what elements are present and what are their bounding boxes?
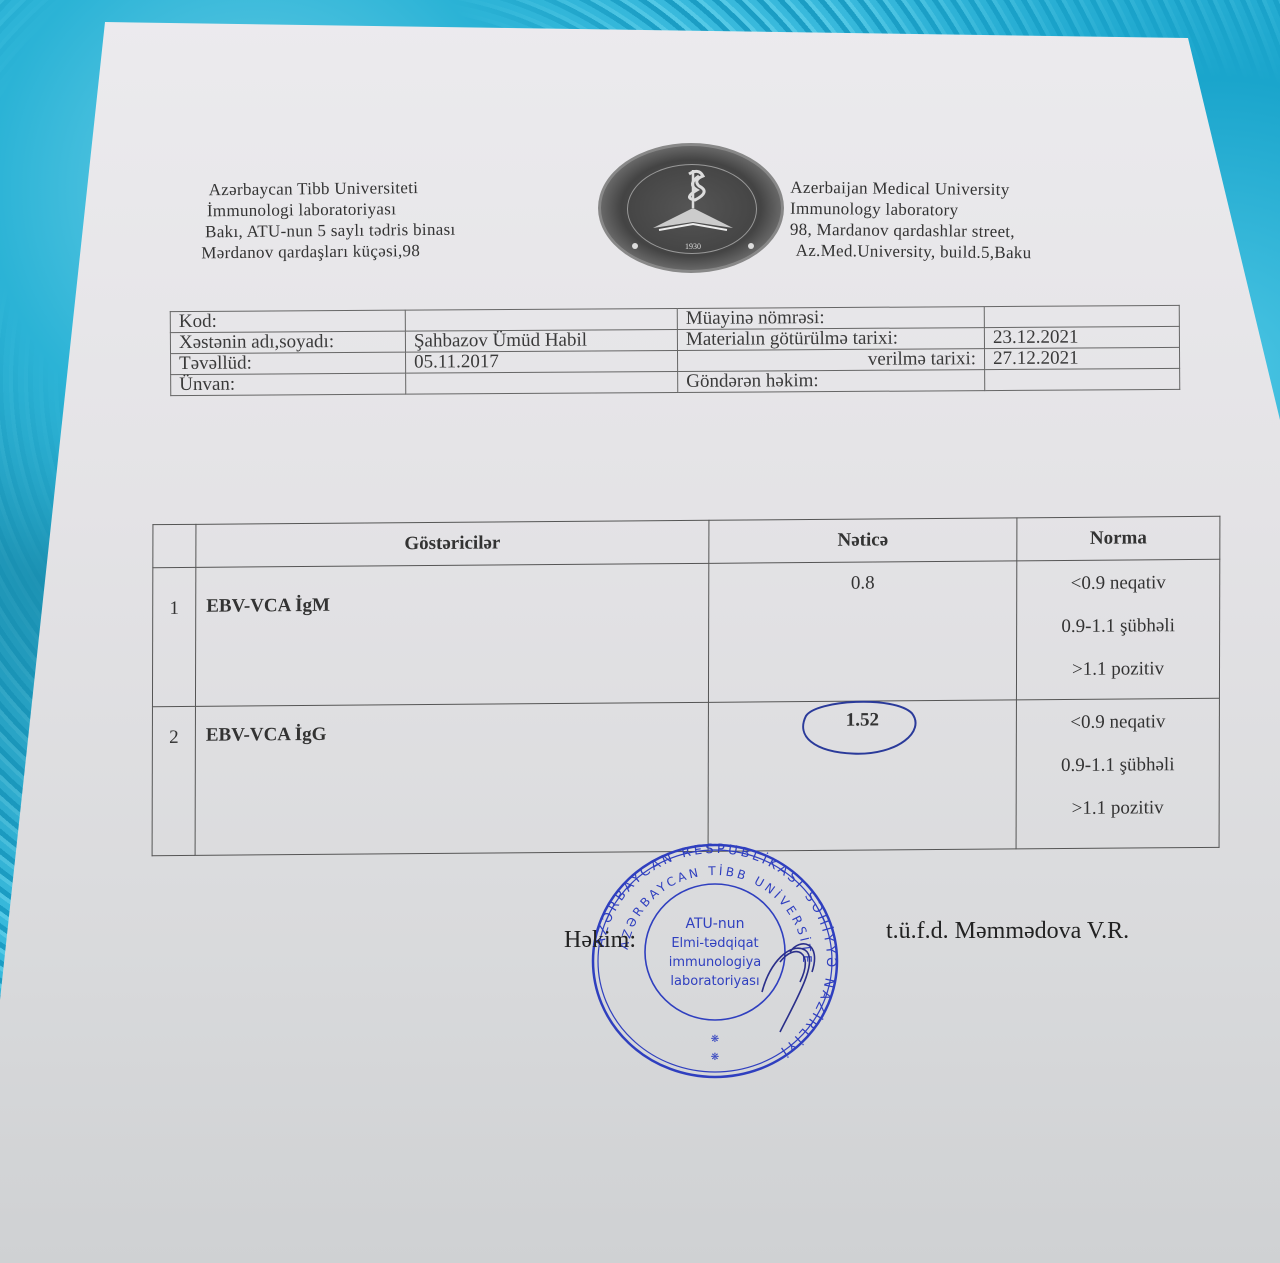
svg-text:laboratoriyası: laboratoriyası bbox=[670, 974, 759, 989]
norma-positive: >1.1 pozitiv bbox=[1018, 647, 1218, 692]
info-label: Müayinə nömrəsi: bbox=[677, 307, 984, 330]
doctor-label: Həkim: bbox=[564, 927, 636, 954]
header-right-line: Azerbaijan Medical University bbox=[790, 177, 1032, 201]
header-left-line: Mərdanov qardaşları küçəsi,98 bbox=[201, 240, 456, 264]
info-label: Kod: bbox=[170, 310, 405, 332]
header-left-line: İmmunologi laboratoriyası bbox=[205, 198, 456, 222]
svg-text:immunologiya: immunologiya bbox=[669, 955, 761, 970]
svg-text:❋: ❋ bbox=[711, 1034, 719, 1045]
norma-negative: <0.9 neqativ bbox=[1018, 700, 1218, 745]
birthdate-value: 05.11.2017 bbox=[406, 350, 678, 373]
info-label: Ünvan: bbox=[171, 373, 406, 395]
pen-circle-mark bbox=[794, 695, 924, 760]
info-value bbox=[405, 308, 677, 331]
info-label: Xəstənin adı,soyadı: bbox=[170, 331, 405, 353]
header-right-address: Azerbaijan Medical University Immunology… bbox=[790, 177, 1033, 264]
info-label: Təvəllüd: bbox=[171, 352, 406, 374]
norma-ranges: <0.9 neqativ 0.9-1.1 şübhəli >1.1 poziti… bbox=[1016, 559, 1219, 700]
doctor-name: t.ü.f.d. Məmmədova V.R. bbox=[886, 918, 1129, 945]
norma-positive: >1.1 pozitiv bbox=[1018, 786, 1218, 831]
row-number: 1 bbox=[152, 567, 195, 706]
patient-name-value: Şahbazov Ümüd Habil bbox=[405, 329, 677, 352]
norma-ranges: <0.9 neqativ 0.9-1.1 şübhəli >1.1 poziti… bbox=[1016, 698, 1219, 849]
university-seal-icon: 1930 bbox=[598, 143, 784, 273]
header-left-address: Azərbaycan Tibb Universiteti İmmunologi … bbox=[205, 177, 456, 264]
header-right-line: Az.Med.University, build.5,Baku bbox=[790, 240, 1032, 264]
result-row: 2 EBV-VCA İgG 1.52 <0.9 neqativ 0.9-1.1 … bbox=[152, 698, 1219, 855]
column-header-indicators: Göstəricilər bbox=[196, 520, 709, 567]
header-left-line: Azərbaycan Tibb Universiteti bbox=[205, 177, 456, 201]
norma-doubtful: 0.9-1.1 şübhəli bbox=[1018, 743, 1218, 788]
info-label: verilmə tarixi: bbox=[677, 349, 984, 372]
header-right-line: 98, Mardanov qardashlar street, bbox=[790, 219, 1032, 243]
official-stamp-icon: AZƏRBAYCAN RESPUBLİKASI SƏHİYYƏ NAZİRLİY… bbox=[590, 842, 840, 1080]
column-header-result: Nəticə bbox=[709, 518, 1017, 563]
header-right-line: Immunology laboratory bbox=[790, 198, 1032, 222]
sample-date-value: 23.12.2021 bbox=[984, 326, 1179, 348]
patient-info-table: Kod: Müayinə nömrəsi: Xəstənin adı,soyad… bbox=[170, 305, 1181, 396]
svg-text:1930: 1930 bbox=[685, 242, 701, 251]
info-value bbox=[406, 371, 678, 394]
row-number: 2 bbox=[152, 706, 195, 855]
info-label: Materialın götürülmə tarixi: bbox=[677, 328, 984, 351]
results-table: Göstəricilər Nəticə Norma 1 EBV-VCA İgM … bbox=[152, 516, 1221, 856]
column-header-norma: Norma bbox=[1017, 516, 1220, 561]
info-label: Göndərən həkim: bbox=[678, 370, 985, 393]
indicator-name: EBV-VCA İgM bbox=[195, 563, 708, 706]
svg-text:❋: ❋ bbox=[711, 1052, 719, 1063]
result-row: 1 EBV-VCA İgM 0.8 <0.9 neqativ 0.9-1.1 ş… bbox=[152, 559, 1219, 706]
norma-doubtful: 0.9-1.1 şübhəli bbox=[1018, 604, 1218, 649]
norma-negative: <0.9 neqativ bbox=[1018, 561, 1218, 606]
svg-text:Elmi-tədqiqat: Elmi-tədqiqat bbox=[671, 936, 758, 951]
result-cell-circled: 1.52 bbox=[708, 700, 1016, 851]
svg-text:ATU-nun: ATU-nun bbox=[686, 916, 745, 932]
info-value bbox=[984, 305, 1179, 327]
header-left-line: Bakı, ATU-nun 5 saylı tədris binası bbox=[205, 219, 456, 243]
column-header-number bbox=[153, 524, 196, 567]
issue-date-value: 27.12.2021 bbox=[984, 347, 1179, 369]
info-value bbox=[985, 368, 1180, 390]
result-value: 0.8 bbox=[708, 561, 1016, 702]
indicator-name: EBV-VCA İgG bbox=[195, 702, 708, 855]
